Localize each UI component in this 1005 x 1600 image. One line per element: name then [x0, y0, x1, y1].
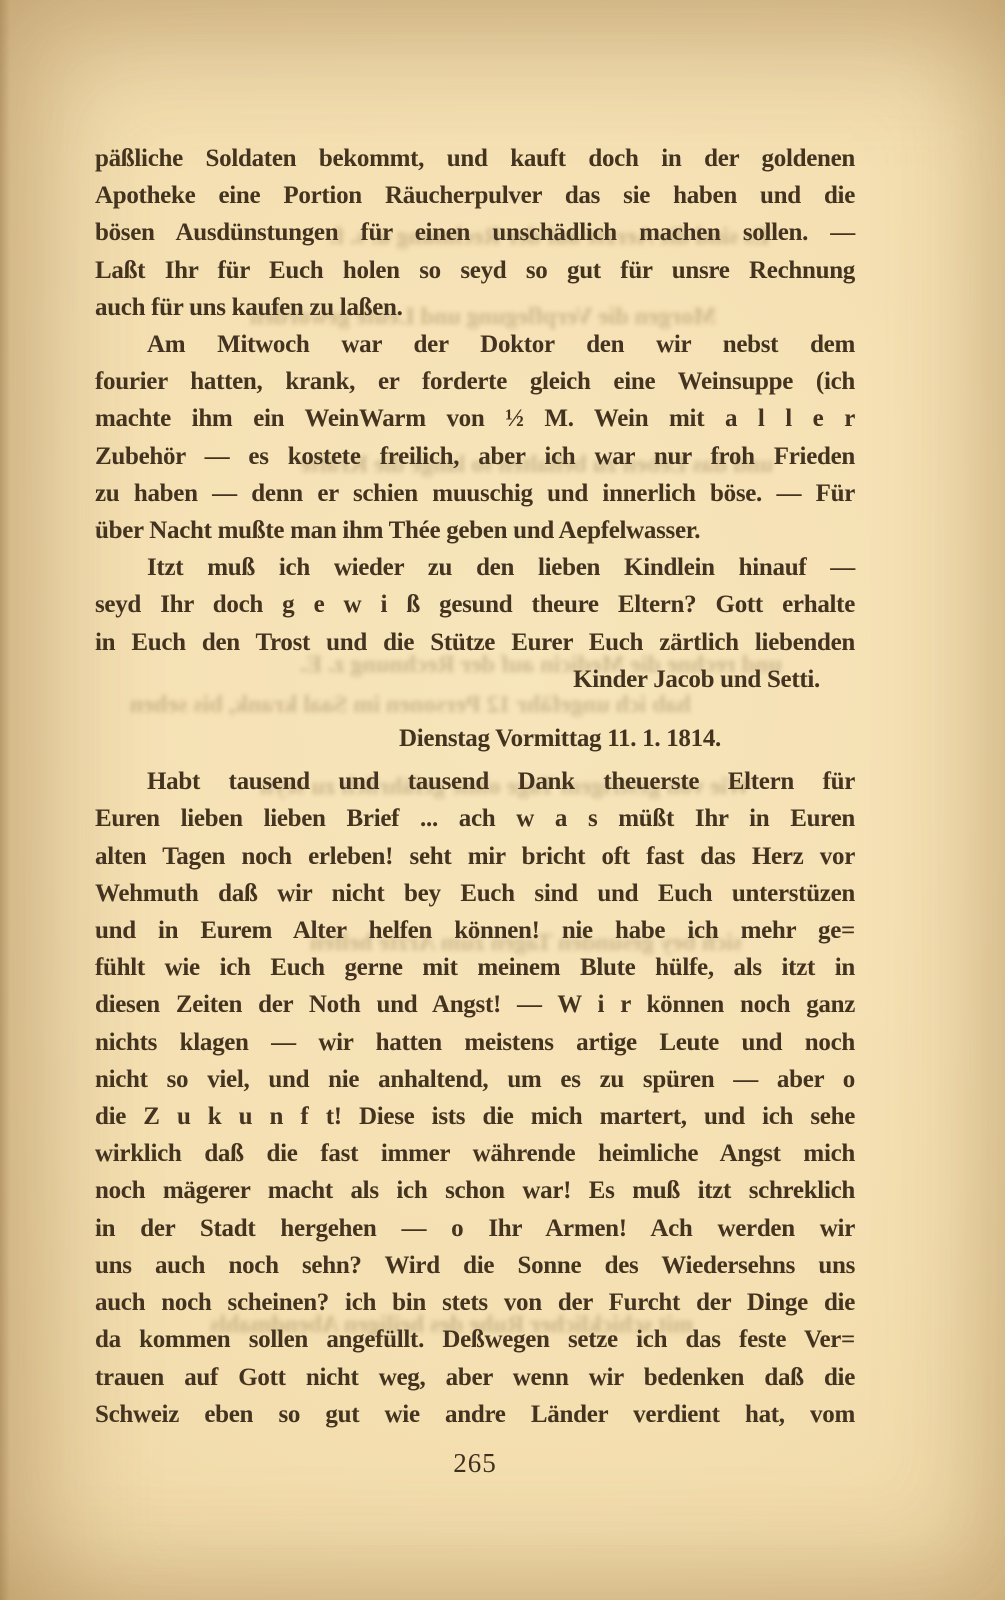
text-line: Habt tausend und tausend Dank theuerste …: [95, 763, 855, 800]
text-line: Apotheke eine Portion Räucherpulver das …: [95, 177, 855, 214]
text-line: Euren lieben lieben Brief ... ach w a s …: [95, 800, 855, 837]
text-line: da kommen sollen angefüllt. Deßwegen set…: [95, 1321, 855, 1358]
text-line: alten Tagen noch erleben! seht mir brich…: [95, 838, 855, 875]
text-line: Zubehör — es kostete freilich, aber ich …: [95, 438, 855, 475]
text-line: Wehmuth daß wir nicht bey Euch sind und …: [95, 875, 855, 912]
text-line: fourier hatten, krank, er forderte gleic…: [95, 363, 855, 400]
text-line: über Nacht mußte man ihm Thée geben und …: [95, 512, 855, 549]
text-line: und in Eurem Alter helfen können! nie ha…: [95, 912, 855, 949]
text-line: wirklich daß die fast immer währende hei…: [95, 1135, 855, 1172]
text-line: diesen Zeiten der Noth und Angst! — W i …: [95, 986, 855, 1023]
page-number: 265: [95, 1448, 855, 1479]
text-line: päßliche Soldaten bekommt, und kauft doc…: [95, 140, 855, 177]
text-line: Schweiz eben so gut wie andre Länder ver…: [95, 1396, 855, 1433]
text-line: fühlt wie ich Euch gerne mit meinem Blut…: [95, 949, 855, 986]
text-line: trauen auf Gott nicht weg, aber wenn wir…: [95, 1359, 855, 1396]
text-line: die Z u k u n f t! Diese ists die mich m…: [95, 1098, 855, 1135]
text-line: zu haben — denn er schien muuschig und i…: [95, 475, 855, 512]
text-line: auch noch scheinen? ich bin stets von de…: [95, 1284, 855, 1321]
text-line: machte ihm ein WeinWarm von ½ M. Wein mi…: [95, 400, 855, 437]
letter-text-block: päßliche Soldaten bekommt, und kauft doc…: [95, 140, 855, 1433]
text-line: uns auch noch sehn? Wird die Sonne des W…: [95, 1247, 855, 1284]
text-line: seyd Ihr doch g e w i ß gesund theure El…: [95, 586, 855, 623]
text-line: Laßt Ihr für Euch holen so seyd so gut f…: [95, 252, 855, 289]
signature-line: Kinder Jacob und Setti.: [95, 661, 855, 698]
book-page-scan: Es sind die Aerzte auf der Rechnung u. s…: [0, 0, 1005, 1600]
text-line: nicht so viel, und nie anhaltend, um es …: [95, 1061, 855, 1098]
text-line: Itzt muß ich wieder zu den lieben Kindle…: [95, 549, 855, 586]
text-line: noch mägerer macht als ich schon war! Es…: [95, 1172, 855, 1209]
text-line: auch für uns kaufen zu laßen.: [95, 289, 855, 326]
text-line: bösen Ausdünstungen für einen unschädlic…: [95, 214, 855, 251]
text-line: nichts klagen — wir hatten meistens arti…: [95, 1024, 855, 1061]
dateline: Dienstag Vormittag 11. 1. 1814.: [180, 720, 940, 757]
text-line: Am Mitwoch war der Doktor den wir nebst …: [95, 326, 855, 363]
text-line: in Euch den Trost und die Stütze Eurer E…: [95, 624, 855, 661]
text-line: in der Stadt hergehen — o Ihr Armen! Ach…: [95, 1210, 855, 1247]
